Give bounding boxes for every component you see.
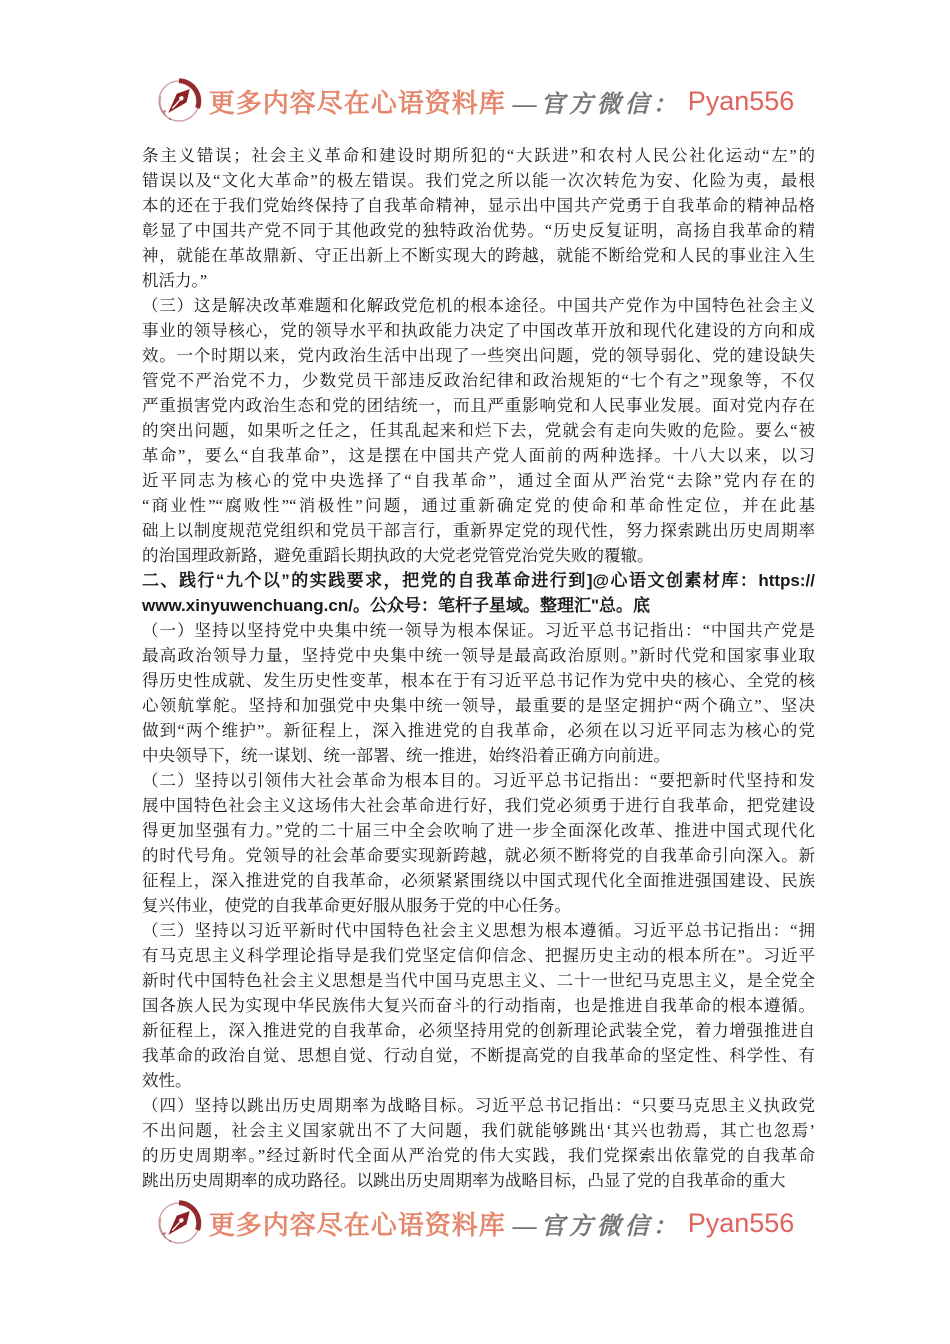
text-line: 彰显了中国共产党不同于其他政党的独特政治优势。“历史反复证明，高扬自我革命的精: [142, 218, 815, 243]
text-line: （三）坚持以习近平新时代中国特色社会主义思想为根本遵循。习近平总书记指出：“拥: [142, 918, 815, 943]
text-line: 机活力。”: [142, 268, 815, 293]
text-line: 最高政治领导力量，坚持党中央集中统一领导是最高政治原则。”新时代党和国家事业取: [142, 643, 815, 668]
text-line: 事业的领导核心，党的领导水平和执政能力决定了中国改革开放和现代化建设的方向和成: [142, 318, 815, 343]
text-line: （一）坚持以坚持党中央集中统一领导为根本保证。习近平总书记指出：“中国共产党是: [142, 618, 815, 643]
text-line: 心领航掌舵。坚持和加强党中央集中统一领导，最重要的是坚定拥护“两个确立”、坚决: [142, 693, 815, 718]
document-page: 更多内容尽在心语资料库 —官方微信： Pyan556 条主义错误；社会主义革命和…: [0, 0, 950, 1344]
text-line: （四）坚持以跳出历史周期率为战略目标。习近平总书记指出：“只要马克思主义执政党: [142, 1093, 815, 1118]
text-line: 错误以及“文化大革命”的极左错误。我们党之所以能一次次转危为安、化险为夷，最根: [142, 168, 815, 193]
text-line: （二）坚持以引领伟大社会革命为根本目的。习近平总书记指出：“要把新时代坚持和发: [142, 768, 815, 793]
text-line: 的历史周期率。”经过新时代全面从严治党的伟大实践，我们党探索出依靠党的自我革命: [142, 1143, 815, 1168]
text-line: 效。一个时期以来，党内政治生活中出现了一些突出问题，党的领导弱化、党的建设缺失: [142, 343, 815, 368]
text-line: 的治国理政新路，避免重蹈长期执政的大党老党管党治党失败的覆辙。: [142, 543, 815, 568]
text-line: 有马克思主义科学理论指导是我们党坚定信仰信念、把握历史主动的根本所在”。习近平: [142, 943, 815, 968]
text-line: 的突出问题，如果听之任之，任其乱起来和烂下去，党就会有走向失败的危险。要么“被: [142, 418, 815, 443]
text-line: 严重损害党内政治生态和党的团结统一，而且严重影响党和人民事业发展。面对党内存在: [142, 393, 815, 418]
header-watermark: 更多内容尽在心语资料库 —官方微信： Pyan556: [0, 78, 950, 124]
watermark-wechat-id: Pyan556: [688, 1208, 795, 1239]
text-line: 新征程上，深入推进党的自我革命，必须坚持用党的创新理论武装全党，着力增强推进自: [142, 1018, 815, 1043]
text-line: 效性。: [142, 1068, 815, 1093]
paragraph: 条主义错误；社会主义革命和建设时期所犯的“大跃进”和农村人民公社化运动“左”的错…: [142, 143, 815, 293]
watermark-brand-text: 更多内容尽在心语资料库: [209, 1205, 506, 1242]
watermark-wechat-label: —官方微信：: [513, 84, 681, 119]
text-line: 近平同志为核心的党中央选择了“自我革命”，通过全面从严治党“去除”党内存在的: [142, 468, 815, 493]
text-line: www.xinyuwenchuang.cn/。公众号：笔杆子星域。整理汇"总。底: [142, 593, 815, 618]
text-line: 管党不严治党不力，少数党员干部违反政治纪律和政治规矩的“七个有之”现象等，不仅: [142, 368, 815, 393]
pen-emblem-icon: [156, 1200, 202, 1246]
paragraph: （三）坚持以习近平新时代中国特色社会主义思想为根本遵循。习近平总书记指出：“拥有…: [142, 918, 815, 1093]
paragraph: （二）坚持以引领伟大社会革命为根本目的。习近平总书记指出：“要把新时代坚持和发展…: [142, 768, 815, 918]
document-body: 条主义错误；社会主义革命和建设时期所犯的“大跃进”和农村人民公社化运动“左”的错…: [142, 143, 815, 1193]
text-line: 的时代号角。党领导的社会革命要实现新跨越，就必须不断将党的自我革命引向深入。新: [142, 843, 815, 868]
text-line: “商业性”“腐败性”“消极性”问题，通过重新确定党的使命和革命性定位，并在此基: [142, 493, 815, 518]
text-line: 我革命的政治自觉、思想自觉、行动自觉，不断提高党的自我革命的坚定性、科学性、有: [142, 1043, 815, 1068]
text-line: 国各族人民为实现中华民族伟大复兴而奋斗的行动指南，也是推进自我革命的根本遵循。: [142, 993, 815, 1018]
text-line: 得历史性成就、发生历史性变革，根本在于有习近平总书记作为党中央的核心、全党的核: [142, 668, 815, 693]
text-line: 革命”，要么“自我革命”，这是摆在中国共产党人面前的两种选择。十八大以来，以习: [142, 443, 815, 468]
text-line: 新时代中国特色社会主义思想是当代中国马克思主义、二十一世纪马克思主义，是全党全: [142, 968, 815, 993]
watermark-wechat-id: Pyan556: [688, 86, 795, 117]
text-line: 征程上，深入推进党的自我革命，必须紧紧围绕以中国式现代化全面推进强国建设、民族: [142, 868, 815, 893]
pen-emblem-icon: [156, 78, 202, 124]
footer-watermark: 更多内容尽在心语资料库 —官方微信： Pyan556: [0, 1200, 950, 1246]
text-line: 展中国特色社会主义这场伟大社会革命进行好，我们党必须勇于进行自我革命，把党建设: [142, 793, 815, 818]
text-line: 中央领导下，统一谋划、统一部署、统一推进，始终沿着正确方向前进。: [142, 743, 815, 768]
text-line: 得更加坚强有力。”党的二十届三中全会吹响了进一步全面深化改革、推进中国式现代化: [142, 818, 815, 843]
text-line: 础上以制度规范党组织和党员干部言行，重新界定党的现代性，努力探索跳出历史周期率: [142, 518, 815, 543]
text-line: 不出问题，社会主义国家就出不了大问题，我们就能够跳出‘其兴也勃焉，其亡也忽焉’: [142, 1118, 815, 1143]
text-line: （三）这是解决改革难题和化解政党危机的根本途径。中国共产党作为中国特色社会主义: [142, 293, 815, 318]
watermark-brand-text: 更多内容尽在心语资料库: [209, 83, 506, 120]
text-line: 条主义错误；社会主义革命和建设时期所犯的“大跃进”和农村人民公社化运动“左”的: [142, 143, 815, 168]
paragraph: （四）坚持以跳出历史周期率为战略目标。习近平总书记指出：“只要马克思主义执政党不…: [142, 1093, 815, 1193]
section-heading: 二、践行“九个以”的实践要求，把党的自我革命进行到]@心语文创素材库：https…: [142, 568, 815, 618]
text-line: 做到“两个维护”。新征程上，深入推进党的自我革命，必须在以习近平同志为核心的党: [142, 718, 815, 743]
paragraph: （一）坚持以坚持党中央集中统一领导为根本保证。习近平总书记指出：“中国共产党是最…: [142, 618, 815, 768]
text-line: 复兴伟业，使党的自我革命更好服从服务于党的中心任务。: [142, 893, 815, 918]
text-line: 跳出历史周期率的成功路径。以跳出历史周期率为战略目标，凸显了党的自我革命的重大: [142, 1168, 815, 1193]
text-line: 神，就能在革故鼎新、守正出新上不断实现大的跨越，就能不断给党和人民的事业注入生: [142, 243, 815, 268]
text-line: 本的还在于我们党始终保持了自我革命精神，显示出中国共产党勇于自我革命的精神品格: [142, 193, 815, 218]
paragraph: （三）这是解决改革难题和化解政党危机的根本途径。中国共产党作为中国特色社会主义事…: [142, 293, 815, 568]
watermark-wechat-label: —官方微信：: [513, 1206, 681, 1241]
text-line: 二、践行“九个以”的实践要求，把党的自我革命进行到]@心语文创素材库：https…: [142, 568, 815, 593]
